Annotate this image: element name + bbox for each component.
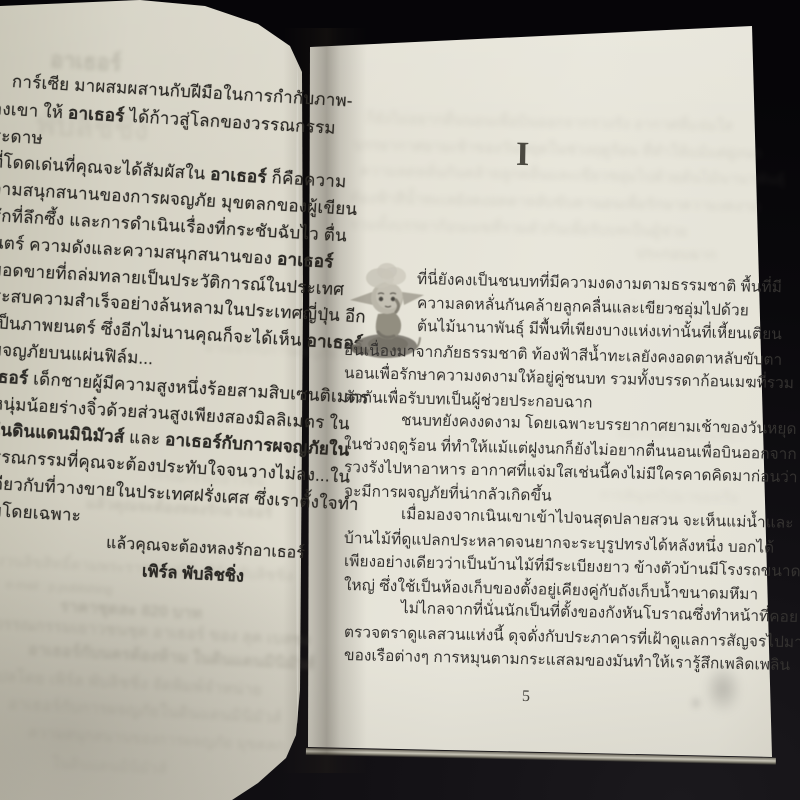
publisher-name: เพิร์ล พับลิชชิ่ง	[141, 558, 244, 589]
right-page-text-block: ที่นี่ยังคงเป็นชนบทที่มีความงดงามตามธรรม…	[344, 266, 746, 666]
paragraph-3: เมื่อมองจากเนินเขาเข้าไปจนสุดปลายสวน จะเ…	[344, 501, 746, 595]
paragraph-1: ที่นี่ยังคงเป็นชนบทที่มีความงดงามตามธรรม…	[344, 266, 746, 407]
paragraph-2: ชนบทยังคงงดงาม โดยเฉพาะบรรยากาศยามเช้าขอ…	[344, 407, 746, 501]
open-book-photo: อาเธอร์พับลิชชิ่งLuc BessonAll rights re…	[0, 0, 800, 800]
left-page-text-block: การ์เซีย มาผสมผสานกับฝีมือในการกำกับภาพ-…	[0, 68, 310, 524]
page-number: 5	[522, 688, 530, 706]
paragraph-4: ไม่ไกลจากที่นั่นนักเป็นที่ตั้งของกังหันโ…	[344, 595, 746, 666]
chapter-numeral: I	[516, 136, 530, 174]
